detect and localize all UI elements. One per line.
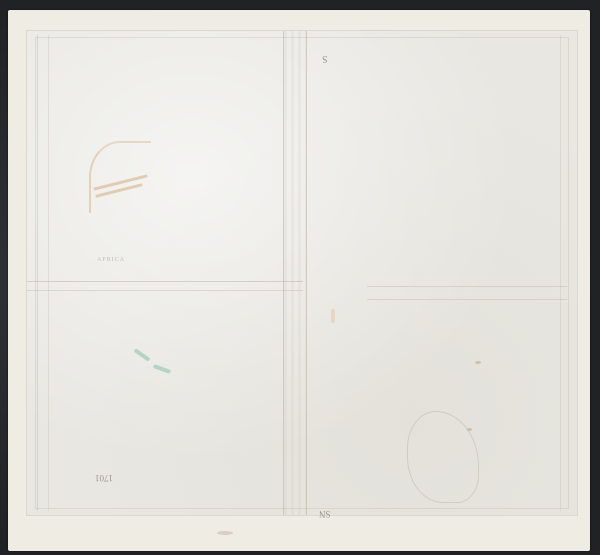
vertical-fold-line <box>283 31 307 515</box>
paper-sheet: AFRICA 1701 SN S <box>8 10 590 551</box>
pencil-year-annotation: 1701 <box>95 473 113 483</box>
plate-area: AFRICA 1701 SN S <box>26 30 578 516</box>
left-neatline <box>37 35 49 511</box>
pencil-annotation-bottom: SN <box>319 509 331 519</box>
foxing-spot <box>217 531 233 535</box>
foxing-spot <box>331 309 335 323</box>
foxing-spot <box>467 428 472 431</box>
right-neatline <box>560 35 567 511</box>
pencil-annotation-top: S <box>322 53 328 64</box>
foxing-spot <box>475 361 481 364</box>
horizontal-fold-line <box>27 281 303 291</box>
showthrough-line <box>367 299 567 300</box>
showthrough-label: AFRICA <box>97 257 125 263</box>
showthrough-line <box>367 286 567 287</box>
